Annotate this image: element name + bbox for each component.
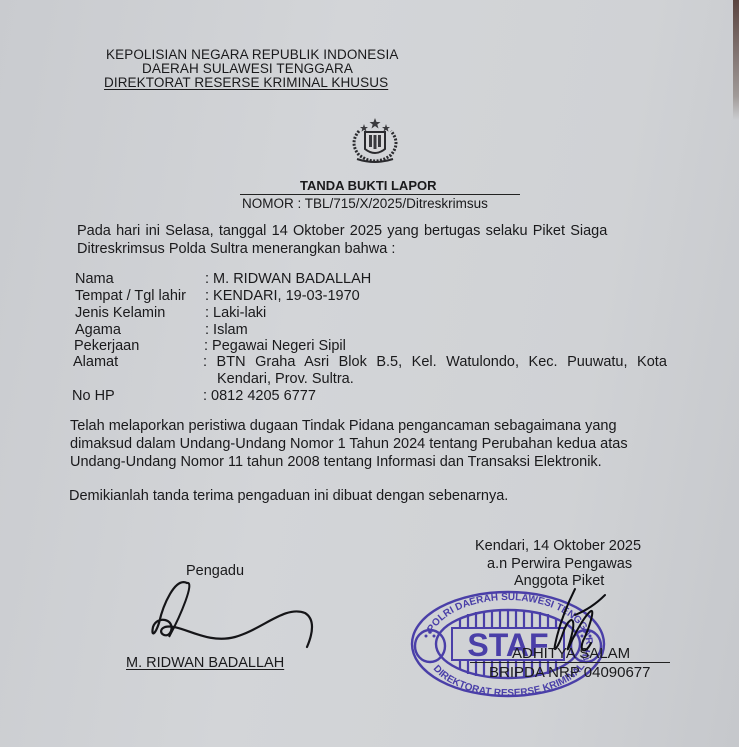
- field-label: Alamat: [73, 354, 118, 370]
- field-label: No HP: [72, 388, 115, 404]
- body-line-2: dimaksud dalam Undang-Undang Nomor 1 Tah…: [70, 435, 628, 453]
- header-line-1: KEPOLISIAN NEGARA REPUBLIK INDONESIA: [106, 47, 398, 62]
- field-label: Pekerjaan: [74, 338, 139, 354]
- field-value: : Pegawai Negeri Sipil: [204, 338, 346, 354]
- officer-rank-nrp: BRIPDA NRP 04090677: [489, 664, 651, 681]
- complainant-signature-icon: [145, 575, 320, 655]
- body-line-1: Telah melaporkan peristiwa dugaan Tindak…: [70, 417, 617, 435]
- document-title: TANDA BUKTI LAPOR: [300, 178, 437, 193]
- field-value: : BTN Graha Asri Blok B.5, Kel. Watulond…: [203, 354, 667, 370]
- field-value: : 0812 4205 6777: [203, 388, 316, 404]
- officer-name-rule: [470, 662, 670, 663]
- document-number: NOMOR : TBL/715/X/2025/Ditreskrimsus: [242, 196, 488, 211]
- closing-statement: Demikianlah tanda terima pengaduan ini d…: [69, 487, 508, 505]
- field-label: Jenis Kelamin: [75, 305, 165, 321]
- title-divider: [240, 194, 520, 195]
- complainant-name: M. RIDWAN BADALLAH: [126, 655, 284, 671]
- field-label: Agama: [75, 322, 121, 338]
- header-line-2: DAERAH SULAWESI TENGGARA: [142, 61, 353, 76]
- field-value: : Laki-laki: [205, 305, 266, 321]
- field-alamat-continued: Kendari, Prov. Sultra.: [217, 371, 354, 387]
- polri-emblem-icon: [345, 117, 405, 163]
- field-value: : KENDARI, 19-03-1970: [205, 288, 360, 304]
- header-line-3: DIREKTORAT RESERSE KRIMINAL KHUSUS: [104, 75, 388, 90]
- field-label: Nama: [75, 271, 114, 287]
- intro-line-2: Ditreskrimsus Polda Sultra menerangkan b…: [77, 240, 395, 258]
- field-label: Tempat / Tgl lahir: [75, 288, 186, 304]
- paper-edge: [733, 0, 739, 120]
- on-behalf-of: a.n Perwira Pengawas: [487, 556, 632, 572]
- intro-line-1: Pada hari ini Selasa, tanggal 14 Oktober…: [77, 222, 607, 240]
- officer-name: ADHITYA SALAM: [512, 645, 630, 662]
- field-value: : M. RIDWAN BADALLAH: [205, 271, 371, 287]
- place-date: Kendari, 14 Oktober 2025: [475, 538, 641, 554]
- body-line-3: Undang-Undang Nomor 11 tahun 2008 tentan…: [70, 453, 602, 471]
- field-value: : Islam: [205, 322, 248, 338]
